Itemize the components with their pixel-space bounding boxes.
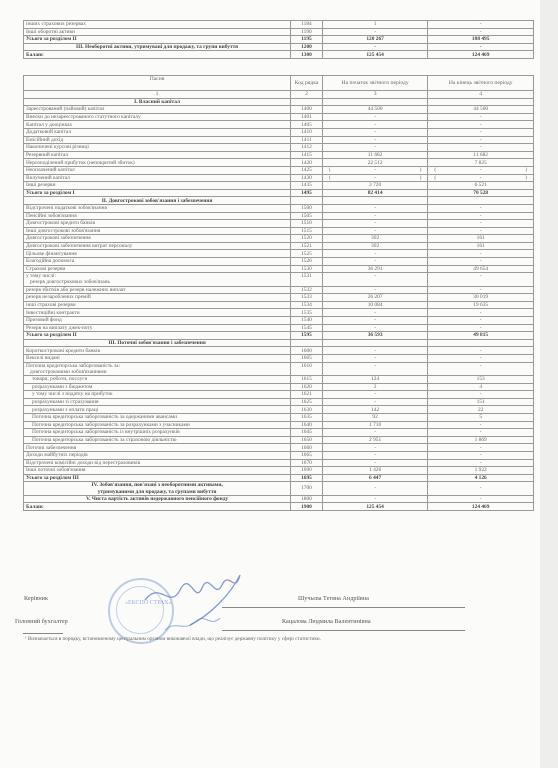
table-row: Відстрочені комісійні доходи від перестр…: [24, 459, 534, 467]
value: -: [480, 175, 482, 181]
empty-cell: [322, 339, 428, 347]
empty-cell: [428, 339, 534, 347]
row-label-text: Поточна кредиторська заборгованість за с…: [32, 437, 288, 443]
row-label: Емісійний дохід: [24, 136, 291, 144]
row-start-value: -: [322, 204, 428, 212]
row-end-value: -: [428, 429, 534, 437]
row-label: Відстрочені податкові зобов'язання: [24, 204, 291, 212]
row-code: 1620: [291, 383, 323, 391]
row-label-text: Нерозподілений прибуток (непокритий збит…: [26, 160, 288, 166]
table-row: Інші оборотні активи1190--: [24, 28, 534, 36]
column-number-row: 1 2 3 4: [24, 91, 534, 99]
row-code: 1521: [291, 242, 323, 250]
row-label-text: розрахунками зі страхування: [32, 399, 288, 405]
row-end-value: 5: [428, 413, 534, 421]
row-label: Доходи майбутніх періодів: [24, 451, 291, 459]
row-code: 1610: [291, 362, 323, 375]
row-end-value: -: [428, 495, 534, 503]
row-label-text: Усього за розділом II: [26, 332, 288, 338]
row-label-text: Відстрочені податкові зобов'язання: [26, 205, 288, 211]
row-end-value: 1 922: [428, 467, 534, 475]
row-label-text: Пенсійні зобов'язання: [26, 213, 288, 219]
row-label: III. Необоротні активи, утримувані для п…: [24, 43, 291, 51]
row-code: 1515: [291, 227, 323, 235]
row-label-text: Короткострокові кредити банків: [26, 348, 288, 354]
row-label-text: товари, роботи, послуги: [32, 376, 288, 382]
table-row: розрахунками з оплати праці163014222: [24, 406, 534, 414]
row-code: 1615: [291, 376, 323, 384]
table-row: Короткострокові кредити банків1600--: [24, 347, 534, 355]
row-label: Інші оборотні активи: [24, 28, 291, 36]
row-start-value: 11 682: [322, 151, 428, 159]
paren-open: (: [329, 167, 331, 173]
row-label-text: Баланс: [26, 504, 288, 510]
row-end-value: -: [428, 324, 534, 332]
paren-open: (: [434, 167, 436, 173]
row-end-value: 30 019: [428, 294, 534, 302]
table-row: Довгострокові забезпечення витрат персон…: [24, 242, 534, 250]
row-start-value: 92: [322, 413, 428, 421]
table-row: Зареєстрований (пайовий) капітал140044 5…: [24, 106, 534, 114]
row-label: Баланс: [24, 51, 291, 59]
row-start-value: 124: [322, 376, 428, 384]
table-row: Накопичені курсові різниці1412--: [24, 144, 534, 152]
row-start-value: -: [322, 444, 428, 452]
section-row: V. Чиста вартість активів недержавного п…: [24, 495, 534, 503]
row-code: 1420: [291, 159, 323, 167]
empty-cell: [428, 197, 534, 205]
row-start-value: -: [322, 482, 428, 495]
row-label-text: Благодійна допомога: [26, 258, 288, 264]
row-end-value: -: [428, 355, 534, 363]
table-row: Інвестиційні контракти1535--: [24, 309, 534, 317]
row-end-value: -: [428, 444, 534, 452]
row-label-text: Усього за розділом III: [26, 475, 288, 481]
parenthesized-value: (-): [325, 167, 426, 173]
row-code: 1535: [291, 309, 323, 317]
row-end-value: -: [428, 482, 534, 495]
row-end-value: -: [428, 220, 534, 228]
row-label: Капітал у дооцінках: [24, 121, 291, 129]
row-code: 1595: [291, 332, 323, 340]
row-end-value: 1 869: [428, 436, 534, 444]
row-end-value: -: [428, 421, 534, 429]
row-start-value: -: [322, 355, 428, 363]
row-end-value: 161: [428, 235, 534, 243]
row-start-value: -: [322, 212, 428, 220]
row-end-value: -: [428, 28, 534, 36]
row-label: Інші резерви: [24, 182, 291, 190]
row-code: 1665: [291, 451, 323, 459]
row-code: 1534: [291, 301, 323, 309]
row-start-value: -: [322, 113, 428, 121]
value: -: [374, 175, 376, 181]
paren-open: (: [329, 175, 331, 181]
row-code: 1545: [291, 324, 323, 332]
row-start-value: 302: [322, 242, 428, 250]
row-start-value: 125 454: [322, 51, 428, 59]
row-code: 1645: [291, 429, 323, 437]
row-label-text: Неоплачений капітал: [26, 167, 288, 173]
table-row: у тому числі:резерв довгострокових зобов…: [24, 273, 534, 286]
table-row: Призовий фонд1540--: [24, 317, 534, 325]
row-start-value: 302: [322, 235, 428, 243]
table-row: Цільове фінансування1525--: [24, 250, 534, 258]
row-code: 1621: [291, 391, 323, 399]
row-label: Поточна кредиторська заборгованість за с…: [24, 436, 291, 444]
row-end-value: -: [428, 362, 534, 375]
table-row: III. Необоротні активи, утримувані для п…: [24, 43, 534, 51]
row-end-value: -: [428, 212, 534, 220]
accountant-label: Головний бухгалтер: [15, 618, 68, 625]
table-row: Неоплачений капітал1425(-)(-): [24, 166, 534, 174]
value: -: [480, 167, 482, 173]
row-start-value: 1 426: [322, 467, 428, 475]
table-row: Капітал у дооцінках1405--: [24, 121, 534, 129]
row-code: 1700: [291, 482, 323, 495]
row-end-value: 153: [428, 376, 534, 384]
row-start-value: -: [322, 258, 428, 266]
section-title: III. Поточні зобов'язання і забезпечення: [24, 339, 291, 347]
row-end-value: -: [428, 204, 534, 212]
row-end-value: -: [428, 451, 534, 459]
row-start-value: 82 414: [322, 189, 428, 197]
row-end-value: 7 825: [428, 159, 534, 167]
row-label-text: Страхові резерви: [26, 266, 288, 272]
row-label-text: Поточна кредиторська заборгованість за р…: [32, 422, 288, 428]
row-end-value: 124 469: [428, 503, 534, 511]
row-label: інші страхові резерви: [24, 301, 291, 309]
row-label: Поточна кредиторська заборгованість за о…: [24, 413, 291, 421]
row-label-text: резерв збитків або резерв належних випла…: [26, 287, 288, 293]
paren-close: ): [420, 175, 422, 181]
value: -: [374, 167, 376, 173]
row-code: 1300: [291, 51, 323, 59]
section-row: II. Довгострокові зобов'язання і забезпе…: [24, 197, 534, 205]
row-start-value: -: [322, 144, 428, 152]
row-code: 1600: [291, 347, 323, 355]
row-start-value: -: [322, 250, 428, 258]
paren-open: (: [434, 175, 436, 181]
row-label: у тому числі:резерв довгострокових зобов…: [24, 273, 291, 286]
row-end-value: 19 635: [428, 301, 534, 309]
empty-cell: [322, 98, 428, 106]
parenthesized-value: (-): [430, 167, 531, 173]
head-signature-line: [222, 607, 465, 608]
table-row: Внески до незареєстрованого статутного к…: [24, 113, 534, 121]
row-end-value: -: [428, 227, 534, 235]
row-label-subtext: довгостроковими зобов'язаннями: [26, 369, 288, 375]
table-row: Усього за розділом I149582 41470 528: [24, 189, 534, 197]
table-row: Резерв на виплату джек-поту1545--: [24, 324, 534, 332]
empty-cell: [428, 98, 534, 106]
table-row: розрахунками з бюджетом162024: [24, 383, 534, 391]
row-label-text: Поточна кредиторська заборгованість із в…: [32, 429, 288, 435]
row-start-value: -: [322, 324, 428, 332]
row-start-value: 2 951: [322, 436, 428, 444]
row-end-value: 6 521: [428, 182, 534, 190]
page-margin: [540, 0, 558, 768]
row-label-text: Усього за розділом I: [26, 190, 288, 196]
row-code: 1500: [291, 204, 323, 212]
row-start-value: 26 207: [322, 294, 428, 302]
header-code: Код рядка: [291, 76, 323, 91]
row-label: Інвестиційні контракти: [24, 309, 291, 317]
row-code: 1430: [291, 174, 323, 182]
row-end-value: -: [428, 459, 534, 467]
row-start-value: 2: [322, 383, 428, 391]
row-start-value: -: [322, 398, 428, 406]
row-label-text: розрахунками з оплати праці: [32, 407, 288, 413]
row-start-value: (-): [322, 166, 428, 174]
row-label: V. Чиста вартість активів недержавного п…: [24, 495, 291, 503]
row-code: 1190: [291, 28, 323, 36]
empty-cell: [291, 98, 323, 106]
table-row: Поточна кредиторська заборгованість за о…: [24, 413, 534, 421]
row-code: 1495: [291, 189, 323, 197]
row-end-value: -: [428, 317, 534, 325]
row-code: 1200: [291, 43, 323, 51]
row-start-value: 125 454: [322, 503, 428, 511]
row-end-value: -: [428, 113, 534, 121]
col-number: 3: [322, 91, 428, 99]
row-label-text: Доходи майбутніх періодів: [26, 452, 288, 458]
row-end-value: 22: [428, 406, 534, 414]
row-end-value: -: [428, 21, 534, 29]
row-label: Поточні забезпечення: [24, 444, 291, 452]
row-label-text: Внески до незареєстрованого статутного к…: [26, 114, 288, 120]
empty-cell: [322, 197, 428, 205]
parenthesized-value: (-): [325, 175, 426, 181]
row-code: 1405: [291, 121, 323, 129]
row-start-value: 142: [322, 406, 428, 414]
row-start-value: 22 512: [322, 159, 428, 167]
row-end-value: 70 528: [428, 189, 534, 197]
footnote: ¹ Визначається в порядку, встановленому …: [25, 636, 321, 642]
row-label-text: Поточні забезпечення: [26, 445, 288, 451]
table-row: інші страхові резерви153410 08419 635: [24, 301, 534, 309]
row-start-value: -: [322, 28, 428, 36]
table-row: Вилучений капітал1430(-)(-): [24, 174, 534, 182]
row-start-value: -: [322, 220, 428, 228]
row-label-text: Відстрочені комісійні доходи від перестр…: [26, 460, 288, 466]
row-code: 1660: [291, 444, 323, 452]
row-label: розрахунками з бюджетом: [24, 383, 291, 391]
row-label: Інші довгострокові зобов'язання: [24, 227, 291, 235]
row-end-value: 124 469: [428, 51, 534, 59]
row-code: 1520: [291, 235, 323, 243]
table-row: Інші довгострокові зобов'язання1515--: [24, 227, 534, 235]
row-code: 1530: [291, 265, 323, 273]
table-row: товари, роботи, послуги1615124153: [24, 376, 534, 384]
row-label-text: Цільове фінансування: [26, 251, 288, 257]
row-start-value: -: [322, 309, 428, 317]
row-start-value: 44 500: [322, 106, 428, 114]
row-end-value: -: [428, 391, 534, 399]
section-row: III. Поточні зобов'язання і забезпечення: [24, 339, 534, 347]
row-end-value: -: [428, 309, 534, 317]
row-end-value: -: [428, 347, 534, 355]
table-row: Поточна кредиторська заборгованість із в…: [24, 429, 534, 437]
row-code: 1670: [291, 459, 323, 467]
table-row: Поточна кредиторська заборгованість за р…: [24, 421, 534, 429]
row-code: 1435: [291, 182, 323, 190]
row-start-value: -: [322, 286, 428, 294]
table-row: Пенсійні зобов'язання1505--: [24, 212, 534, 220]
row-code: 1800: [291, 495, 323, 503]
row-label: Нерозподілений прибуток (непокритий збит…: [24, 159, 291, 167]
row-code: 1640: [291, 421, 323, 429]
row-end-value: -: [428, 121, 534, 129]
row-label: Пенсійні зобов'язання: [24, 212, 291, 220]
row-end-value: 49 815: [428, 332, 534, 340]
row-start-value: 1 710: [322, 421, 428, 429]
row-label: Резервний капітал: [24, 151, 291, 159]
table-row: Усього за розділом II159536 59349 815: [24, 332, 534, 340]
header-liability: Пасив: [24, 76, 291, 91]
table-row: резерв збитків або резерв належних випла…: [24, 286, 534, 294]
table-row: Довгострокові кредити банків1510--: [24, 220, 534, 228]
row-code: 1401: [291, 113, 323, 121]
row-end-value: (-): [428, 166, 534, 174]
row-code: 1510: [291, 220, 323, 228]
empty-cell: [291, 339, 323, 347]
row-label: Поточна кредиторська заборгованість за:д…: [24, 362, 291, 375]
row-label-text: V. Чиста вартість активів недержавного п…: [26, 496, 288, 502]
row-start-value: 36 291: [322, 265, 428, 273]
row-label: Вилучений капітал: [24, 174, 291, 182]
row-label: Поточна кредиторська заборгованість за р…: [24, 421, 291, 429]
table-row: Поточна кредиторська заборгованість за с…: [24, 436, 534, 444]
row-label-text: Зареєстрований (пайовий) капітал: [26, 106, 288, 112]
accountant-signature-line: [222, 630, 465, 631]
row-code: 1415: [291, 151, 323, 159]
row-label-text: Резерв на виплату джек-поту: [26, 325, 288, 331]
row-end-value: 44 500: [428, 106, 534, 114]
row-start-value: -: [322, 43, 428, 51]
row-label: Благодійна допомога: [24, 258, 291, 266]
row-start-value: 6 447: [322, 474, 428, 482]
row-label-text: Довгострокові забезпечення витрат персон…: [26, 243, 288, 249]
table-row: Усього за розділом II1195120 267108 495: [24, 36, 534, 44]
col-number: 4: [428, 91, 534, 99]
row-start-value: -: [322, 121, 428, 129]
row-label-text: Накопичені курсові різниці: [26, 144, 288, 150]
row-code: 1531: [291, 273, 323, 286]
row-end-value: 49 654: [428, 265, 534, 273]
row-label-text: Емісійний дохід: [26, 137, 288, 143]
row-end-value: -: [428, 286, 534, 294]
table-row: Благодійна допомога1526--: [24, 258, 534, 266]
table-row: Поточні забезпечення1660--: [24, 444, 534, 452]
row-end-value: 161: [428, 242, 534, 250]
row-label: Страхові резерви: [24, 265, 291, 273]
row-label-text: Капітал у дооцінках: [26, 122, 288, 128]
row-label: Довгострокові забезпечення витрат персон…: [24, 242, 291, 250]
table-row: Інші поточні зобов'язання16901 4261 922: [24, 467, 534, 475]
paren-close: ): [525, 175, 527, 181]
row-label: Зареєстрований (пайовий) капітал: [24, 106, 291, 114]
row-start-value: -: [322, 459, 428, 467]
row-end-value: 108 495: [428, 36, 534, 44]
row-end-value: -: [428, 273, 534, 286]
row-label-text: Інші поточні зобов'язання: [26, 467, 288, 473]
row-code: 1605: [291, 355, 323, 363]
row-code: 1400: [291, 106, 323, 114]
empty-cell: [291, 197, 323, 205]
section-row: I. Власний капітал: [24, 98, 534, 106]
row-label: Довгострокові кредити банків: [24, 220, 291, 228]
row-label-text: Поточна кредиторська заборгованість за о…: [32, 414, 288, 420]
row-code: 1411: [291, 136, 323, 144]
row-start-value: 10 084: [322, 301, 428, 309]
col-number: 1: [24, 91, 291, 99]
row-end-value: 4 126: [428, 474, 534, 482]
row-label: Векселі видані: [24, 355, 291, 363]
row-label: розрахунками з оплати праці: [24, 406, 291, 414]
header-end: На кінець звітного періоду: [428, 76, 534, 91]
row-label-text: Довгострокові забезпечення: [26, 235, 288, 241]
row-label: резерв збитків або резерв належних випла…: [24, 286, 291, 294]
liabilities-table: Пасив Код рядка На початок звітного пері…: [23, 75, 534, 511]
row-label: розрахунками зі страхування: [24, 398, 291, 406]
row-label: Відстрочені комісійні доходи від перестр…: [24, 459, 291, 467]
table-row: Доходи майбутніх періодів1665--: [24, 451, 534, 459]
row-start-value: -: [322, 362, 428, 375]
col-number: 2: [291, 91, 323, 99]
row-end-value: 151: [428, 398, 534, 406]
table-row: Резервний капітал141511 68211 682: [24, 151, 534, 159]
row-label: Усього за розділом II: [24, 36, 291, 44]
row-label: Короткострокові кредити банків: [24, 347, 291, 355]
row-label: Внески до незареєстрованого статутного к…: [24, 113, 291, 121]
row-label-text: Інші резерви: [26, 182, 288, 188]
table-row: у тому числі з податку на прибуток1621--: [24, 391, 534, 399]
footnote-divider: [23, 633, 63, 634]
row-label: резерв незароблених премій: [24, 294, 291, 302]
row-start-value: -: [322, 451, 428, 459]
paren-close: ): [420, 167, 422, 173]
row-end-value: -: [428, 128, 534, 136]
row-code: 1184: [291, 21, 323, 29]
row-label-subtext: утримуваними для продажу, та групами виб…: [26, 489, 288, 495]
table-row: Баланс1300125 454124 469: [24, 51, 534, 59]
row-label: Додатковий капітал: [24, 128, 291, 136]
row-label: Баланс: [24, 503, 291, 511]
table-row: Емісійний дохід1411--: [24, 136, 534, 144]
row-start-value: -: [322, 273, 428, 286]
section-row: IV. Зобов'язання, пов'язані з необоротни…: [24, 482, 534, 495]
row-label-text: Інші довгострокові зобов'язання: [26, 228, 288, 234]
table-row: Усього за розділом III16956 4474 126: [24, 474, 534, 482]
row-end-value: -: [428, 258, 534, 266]
row-label: Довгострокові забезпечення: [24, 235, 291, 243]
row-start-value: 36 593: [322, 332, 428, 340]
row-label: інших страхових резервах: [24, 21, 291, 29]
table-row: резерв незароблених премій153326 20730 0…: [24, 294, 534, 302]
parenthesized-value: (-): [430, 175, 531, 181]
row-code: 1425: [291, 166, 323, 174]
row-label-text: Додатковий капітал: [26, 129, 288, 135]
row-code: 1625: [291, 398, 323, 406]
row-label-text: резерв незароблених премій: [26, 294, 288, 300]
row-label: у тому числі з податку на прибуток: [24, 391, 291, 399]
row-code: 1526: [291, 258, 323, 266]
row-label: Усього за розділом I: [24, 189, 291, 197]
table-row: розрахунками зі страхування1625-151: [24, 398, 534, 406]
row-label: товари, роботи, послуги: [24, 376, 291, 384]
row-code: 1540: [291, 317, 323, 325]
